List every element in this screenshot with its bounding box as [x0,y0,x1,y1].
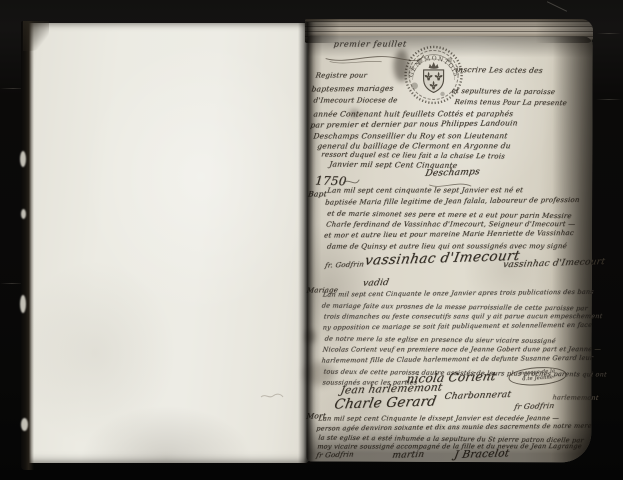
manuscript-line: année Contenant huit feuillets Cottés et… [313,109,514,118]
signature: Charbonnerat [444,390,512,402]
ink-smudge [306,329,316,343]
manuscript-line: Lan mil sept cent cinquante le sept Janv… [327,186,524,194]
binding-tear [21,209,26,219]
signature: fr Godfrin [316,450,355,459]
stamp-crown-icon [429,62,439,69]
book-scan: premier feuillet GEN MONTOIS [0,0,623,480]
ink-blot [447,57,452,62]
manuscript-line: Charle ferdinand de Vassinhac d'Imecourt… [326,220,576,228]
manuscript-line: Nicolas Corient veuf en premiere noce de… [322,345,601,353]
manuscript-line: de notre mere la ste eglise en presence … [324,335,556,345]
binding-tear [20,295,26,313]
signature: harlememont [552,393,599,401]
page-edges-top [305,19,593,43]
signature: martin [391,450,425,461]
scan-streak [597,33,621,34]
manuscript-line: person agée denviron soixante et dix ans… [316,422,592,433]
manuscript-line: Registre pour [315,71,367,79]
manuscript-line: general du bailliage de Clermont en Argo… [317,141,511,150]
manuscript-line: Lan mil sept cent Cinquante le onze Janv… [322,288,594,299]
binding-tear [21,418,28,431]
manuscript-line: baptesmes mariages [311,84,394,94]
manuscript-line: harlememont fille de Claude harlememont … [321,354,593,365]
manuscript-line: et de marie simonet ses pere et mere et … [327,210,573,221]
manuscript-line: inscrire Les actes des [455,65,543,75]
manuscript-line: de mariage faite aux prosnes de la messe… [321,302,588,313]
fiscal-stamp: GEN MONTOIS [402,44,464,110]
manuscript-line: trois dimanches ou feste consecutifs san… [323,312,603,320]
signature: vassinhac d'Imecourt [364,248,522,269]
witness-mark-note: marque de la d.te Jeanne [508,365,567,386]
ink-blot [417,58,423,64]
margin-label-bapteme: Bapt [308,189,328,198]
signature: Deschamps [424,167,480,179]
manuscript-line: d'Imecourt Diocese de [313,96,398,104]
manuscript-line: baptisée Maria fille legitime de Jean fa… [325,196,580,207]
ink-blot [411,82,418,89]
manuscript-line: Reims tenus Pour La presente [454,98,567,107]
ink-blot [440,92,444,96]
fiscal-stamp-icon: GEN MONTOIS [402,44,464,106]
manuscript-line: et sepultures de la paroisse [451,87,556,96]
signature: Charle Gerard [333,393,438,412]
signature: fr Godfrin [514,401,556,411]
right-page: premier feuillet GEN MONTOIS [306,36,592,463]
signature: vadid [362,278,390,289]
binding-edge [21,21,34,470]
manuscript-line: par premier et dernier par nous Philippe… [310,118,518,129]
signature: vassinhac d'Imecourt [502,257,606,270]
signature: fr. Godfrin [324,260,365,269]
corner-damage [23,21,49,51]
binding-tear [20,151,26,167]
scan-scratch [547,1,567,12]
manuscript-line: ny opposition ce mariage se soit fait pu… [322,321,592,332]
signature: J Bracelot [453,447,510,461]
left-page [24,23,309,463]
manuscript-line: Deschamps Conseillier du Roy et son Lieu… [313,131,508,140]
manuscript-line: Lan mil sept cent Cinquante le dixsept J… [318,414,560,422]
faint-ink-mark [259,391,285,401]
scan-streak [596,99,622,100]
manuscript-line: moy vicaire soussigné accompagné de la f… [317,442,582,450]
manuscript-line: et mor et autre lieu et pour mareine Mar… [324,229,575,240]
